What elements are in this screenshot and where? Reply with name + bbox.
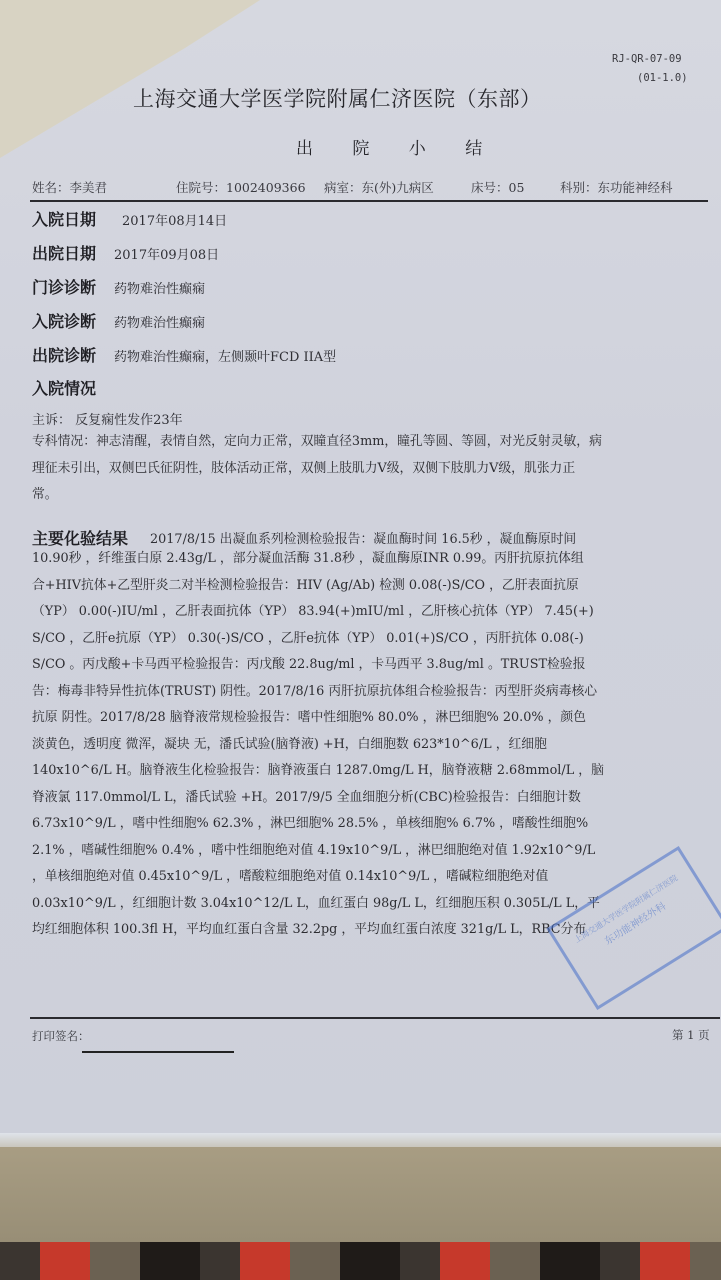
bed-number: 床号：05 bbox=[471, 178, 524, 196]
admission-date-value: 2017年08月14日 bbox=[122, 210, 227, 229]
admission-diagnosis-value: 药物难治性癫痫 bbox=[114, 312, 205, 331]
department: 科别：东功能神经科 bbox=[560, 178, 673, 196]
lab-line: （YP） 0.00(-)IU/ml ，乙肝表面抗体（YP） 83.94(+)mI… bbox=[32, 599, 702, 626]
discharge-date-label: 出院日期 bbox=[32, 241, 96, 264]
specialty-exam-line: 专科情况：神志清醒，表情自然，定向力正常，双瞳直径3mm，瞳孔等圆、等圆，对光反… bbox=[32, 429, 702, 456]
specialty-exam: 专科情况：神志清醒，表情自然，定向力正常，双瞳直径3mm，瞳孔等圆、等圆，对光反… bbox=[32, 429, 702, 509]
discharge-date-value: 2017年09月08日 bbox=[114, 244, 219, 263]
lab-line: 2.1% ，嗜碱性细胞% 0.4% ，嗜中性细胞绝对值 4.19x10^9/L … bbox=[32, 838, 702, 865]
admission-number: 住院号：1002409366 bbox=[176, 178, 306, 196]
lab-line: ，单核细胞绝对值 0.45x10^9/L ，嗜酸粒细胞绝对值 0.14x10^9… bbox=[32, 864, 702, 891]
lab-line: 告：梅毒非特异性抗体(TRUST) 阴性。2017/8/16 丙肝抗原抗体组合检… bbox=[32, 679, 702, 706]
footer-divider bbox=[30, 1017, 720, 1019]
lab-line: 10.90秒 ，纤维蛋白原 2.43g/L ，部分凝血活酶 31.8秒 ，凝血酶… bbox=[32, 546, 702, 573]
lab-line: 140x10^6/L H。脑脊液生化检验报告：脑脊液蛋白 1287.0mg/L … bbox=[32, 758, 702, 785]
lab-results-first-line: 2017/8/15 出凝血系列检测检验报告：凝血酶时间 16.5秒 ，凝血酶原时… bbox=[150, 528, 576, 547]
lab-line: 抗原 阴性。2017/8/28 脑脊液常规检验报告：嗜中性细胞% 80.0% ，… bbox=[32, 705, 702, 732]
hospital-name: 上海交通大学医学院附属仁济医院（东部） bbox=[133, 83, 542, 113]
specialty-exam-line: 理征未引出，双侧巴氏征阴性，肢体活动正常，双侧上肢肌力Ⅴ级，双侧下肢肌力Ⅴ级，肌… bbox=[32, 456, 702, 483]
admission-status-label: 入院情况 bbox=[32, 376, 96, 399]
print-signature-label: 打印签名： bbox=[32, 1028, 90, 1044]
chief-complaint: 主诉： 反复痫性发作23年 bbox=[32, 409, 183, 428]
background-floor bbox=[0, 1242, 721, 1280]
header-divider bbox=[30, 200, 708, 202]
lab-line: S/CO 。丙戊酸+卡马西平检验报告：丙戊酸 22.8ug/ml ，卡马西平 3… bbox=[32, 652, 702, 679]
outpatient-diagnosis-label: 门诊诊断 bbox=[32, 275, 96, 298]
form-version: (01-1.0) bbox=[637, 72, 688, 84]
paper-bottom-edge bbox=[0, 1133, 721, 1147]
outpatient-diagnosis-value: 药物难治性癫痫 bbox=[114, 278, 205, 297]
admission-date-label: 入院日期 bbox=[32, 207, 96, 230]
ward: 病室：东(外)九病区 bbox=[324, 178, 434, 196]
discharge-diagnosis-value: 药物难治性癫痫，左侧颞叶FCD IIA型 bbox=[114, 346, 336, 365]
discharge-diagnosis-label: 出院诊断 bbox=[32, 343, 96, 366]
document-title: 出 院 小 结 bbox=[296, 134, 499, 159]
lab-line: 淡黄色，透明度 微浑，凝块 无，潘氏试验(脑脊液) +H，白细胞数 623*10… bbox=[32, 732, 702, 759]
patient-name: 姓名：李美君 bbox=[32, 178, 107, 196]
admission-diagnosis-label: 入院诊断 bbox=[32, 309, 96, 332]
lab-results-body: 10.90秒 ，纤维蛋白原 2.43g/L ，部分凝血活酶 31.8秒 ，凝血酶… bbox=[32, 546, 702, 944]
lab-line: S/CO ，乙肝e抗原（YP） 0.30(-)S/CO ，乙肝e抗体（YP） 0… bbox=[32, 626, 702, 653]
lab-line: 脊液氯 117.0mmol/L L，潘氏试验 +H。2017/9/5 全血细胞分… bbox=[32, 785, 702, 812]
signature-line bbox=[82, 1051, 234, 1053]
form-code: RJ-QR-07-09 bbox=[612, 53, 682, 65]
table-surface bbox=[0, 1147, 721, 1242]
lab-line: 合+HIV抗体+乙型肝炎二对半检测检验报告：HIV (Ag/Ab) 检测 0.0… bbox=[32, 573, 702, 600]
specialty-exam-line: 常。 bbox=[32, 482, 702, 509]
lab-line: 6.73x10^9/L ，嗜中性细胞% 62.3% ，淋巴细胞% 28.5% ，… bbox=[32, 811, 702, 838]
page-number: 第 1 页 bbox=[672, 1027, 710, 1043]
